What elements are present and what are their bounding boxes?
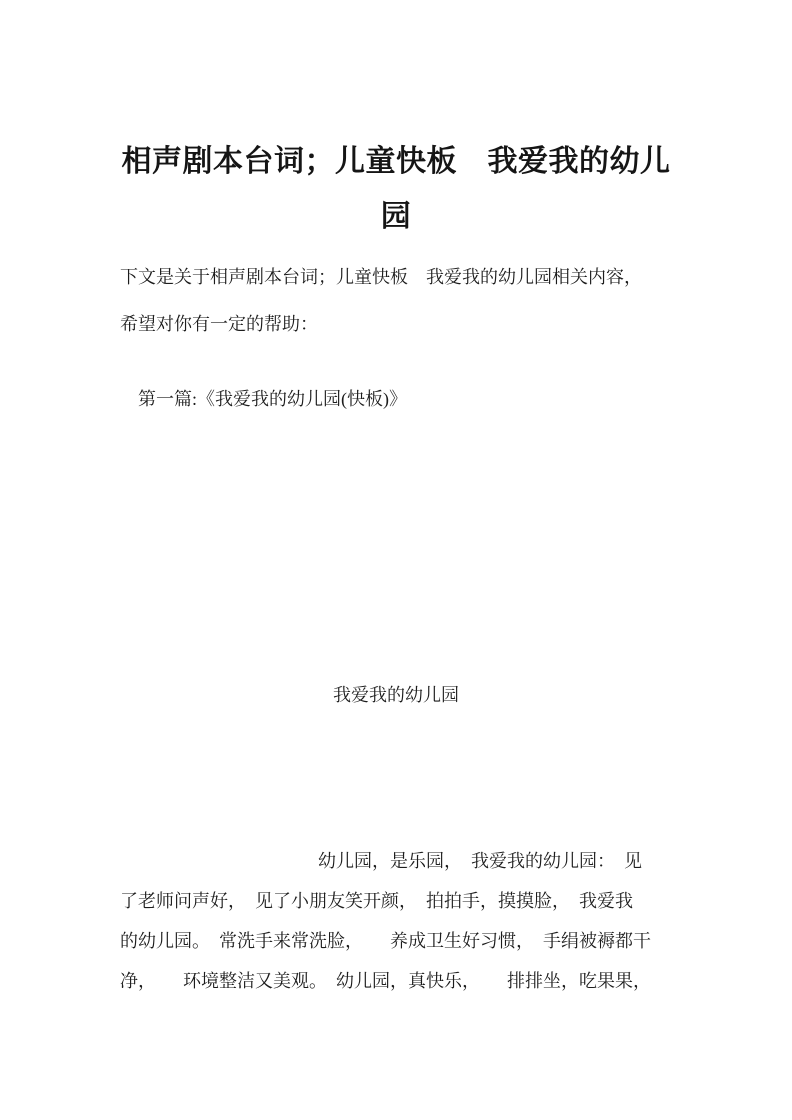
intro-line-2: 希望对你有一定的帮助： xyxy=(120,301,682,348)
section-heading: 第一篇:《我爱我的幼儿园(快板)》 xyxy=(120,376,682,423)
document-title-line-1: 相声剧本台词；儿童快板 我爱我的幼儿 xyxy=(0,134,792,189)
poem-line-2: 了老师问声好， 见了小朋友笑开颜， 拍拍手，摸摸脸， 我爱我 xyxy=(120,881,686,921)
document-title: 相声剧本台词；儿童快板 我爱我的幼儿 园 xyxy=(0,134,792,244)
poem-title: 我爱我的幼儿园 xyxy=(0,675,792,715)
document-title-line-2: 园 xyxy=(0,189,792,244)
poem-line-4: 净， 环境整洁又美观。 幼儿园，真快乐， 排排坐，吃果果， xyxy=(120,961,686,1001)
intro-line-1: 下文是关于相声剧本台词；儿童快板 我爱我的幼儿园相关内容， xyxy=(120,254,682,301)
poem-line-3: 的幼儿园。 常洗手来常洗脸， 养成卫生好习惯， 手绢被褥都干 xyxy=(120,921,686,961)
intro-paragraph: 下文是关于相声剧本台词；儿童快板 我爱我的幼儿园相关内容， 希望对你有一定的帮助… xyxy=(120,254,682,348)
document-page: 相声剧本台词；儿童快板 我爱我的幼儿 园 下文是关于相声剧本台词；儿童快板 我爱… xyxy=(0,0,792,1120)
poem-line-1: 幼儿园，是乐园， 我爱我的幼儿园： 见 xyxy=(120,841,686,881)
poem-paragraph: 幼儿园，是乐园， 我爱我的幼儿园： 见 了老师问声好， 见了小朋友笑开颜， 拍拍… xyxy=(120,841,686,1001)
